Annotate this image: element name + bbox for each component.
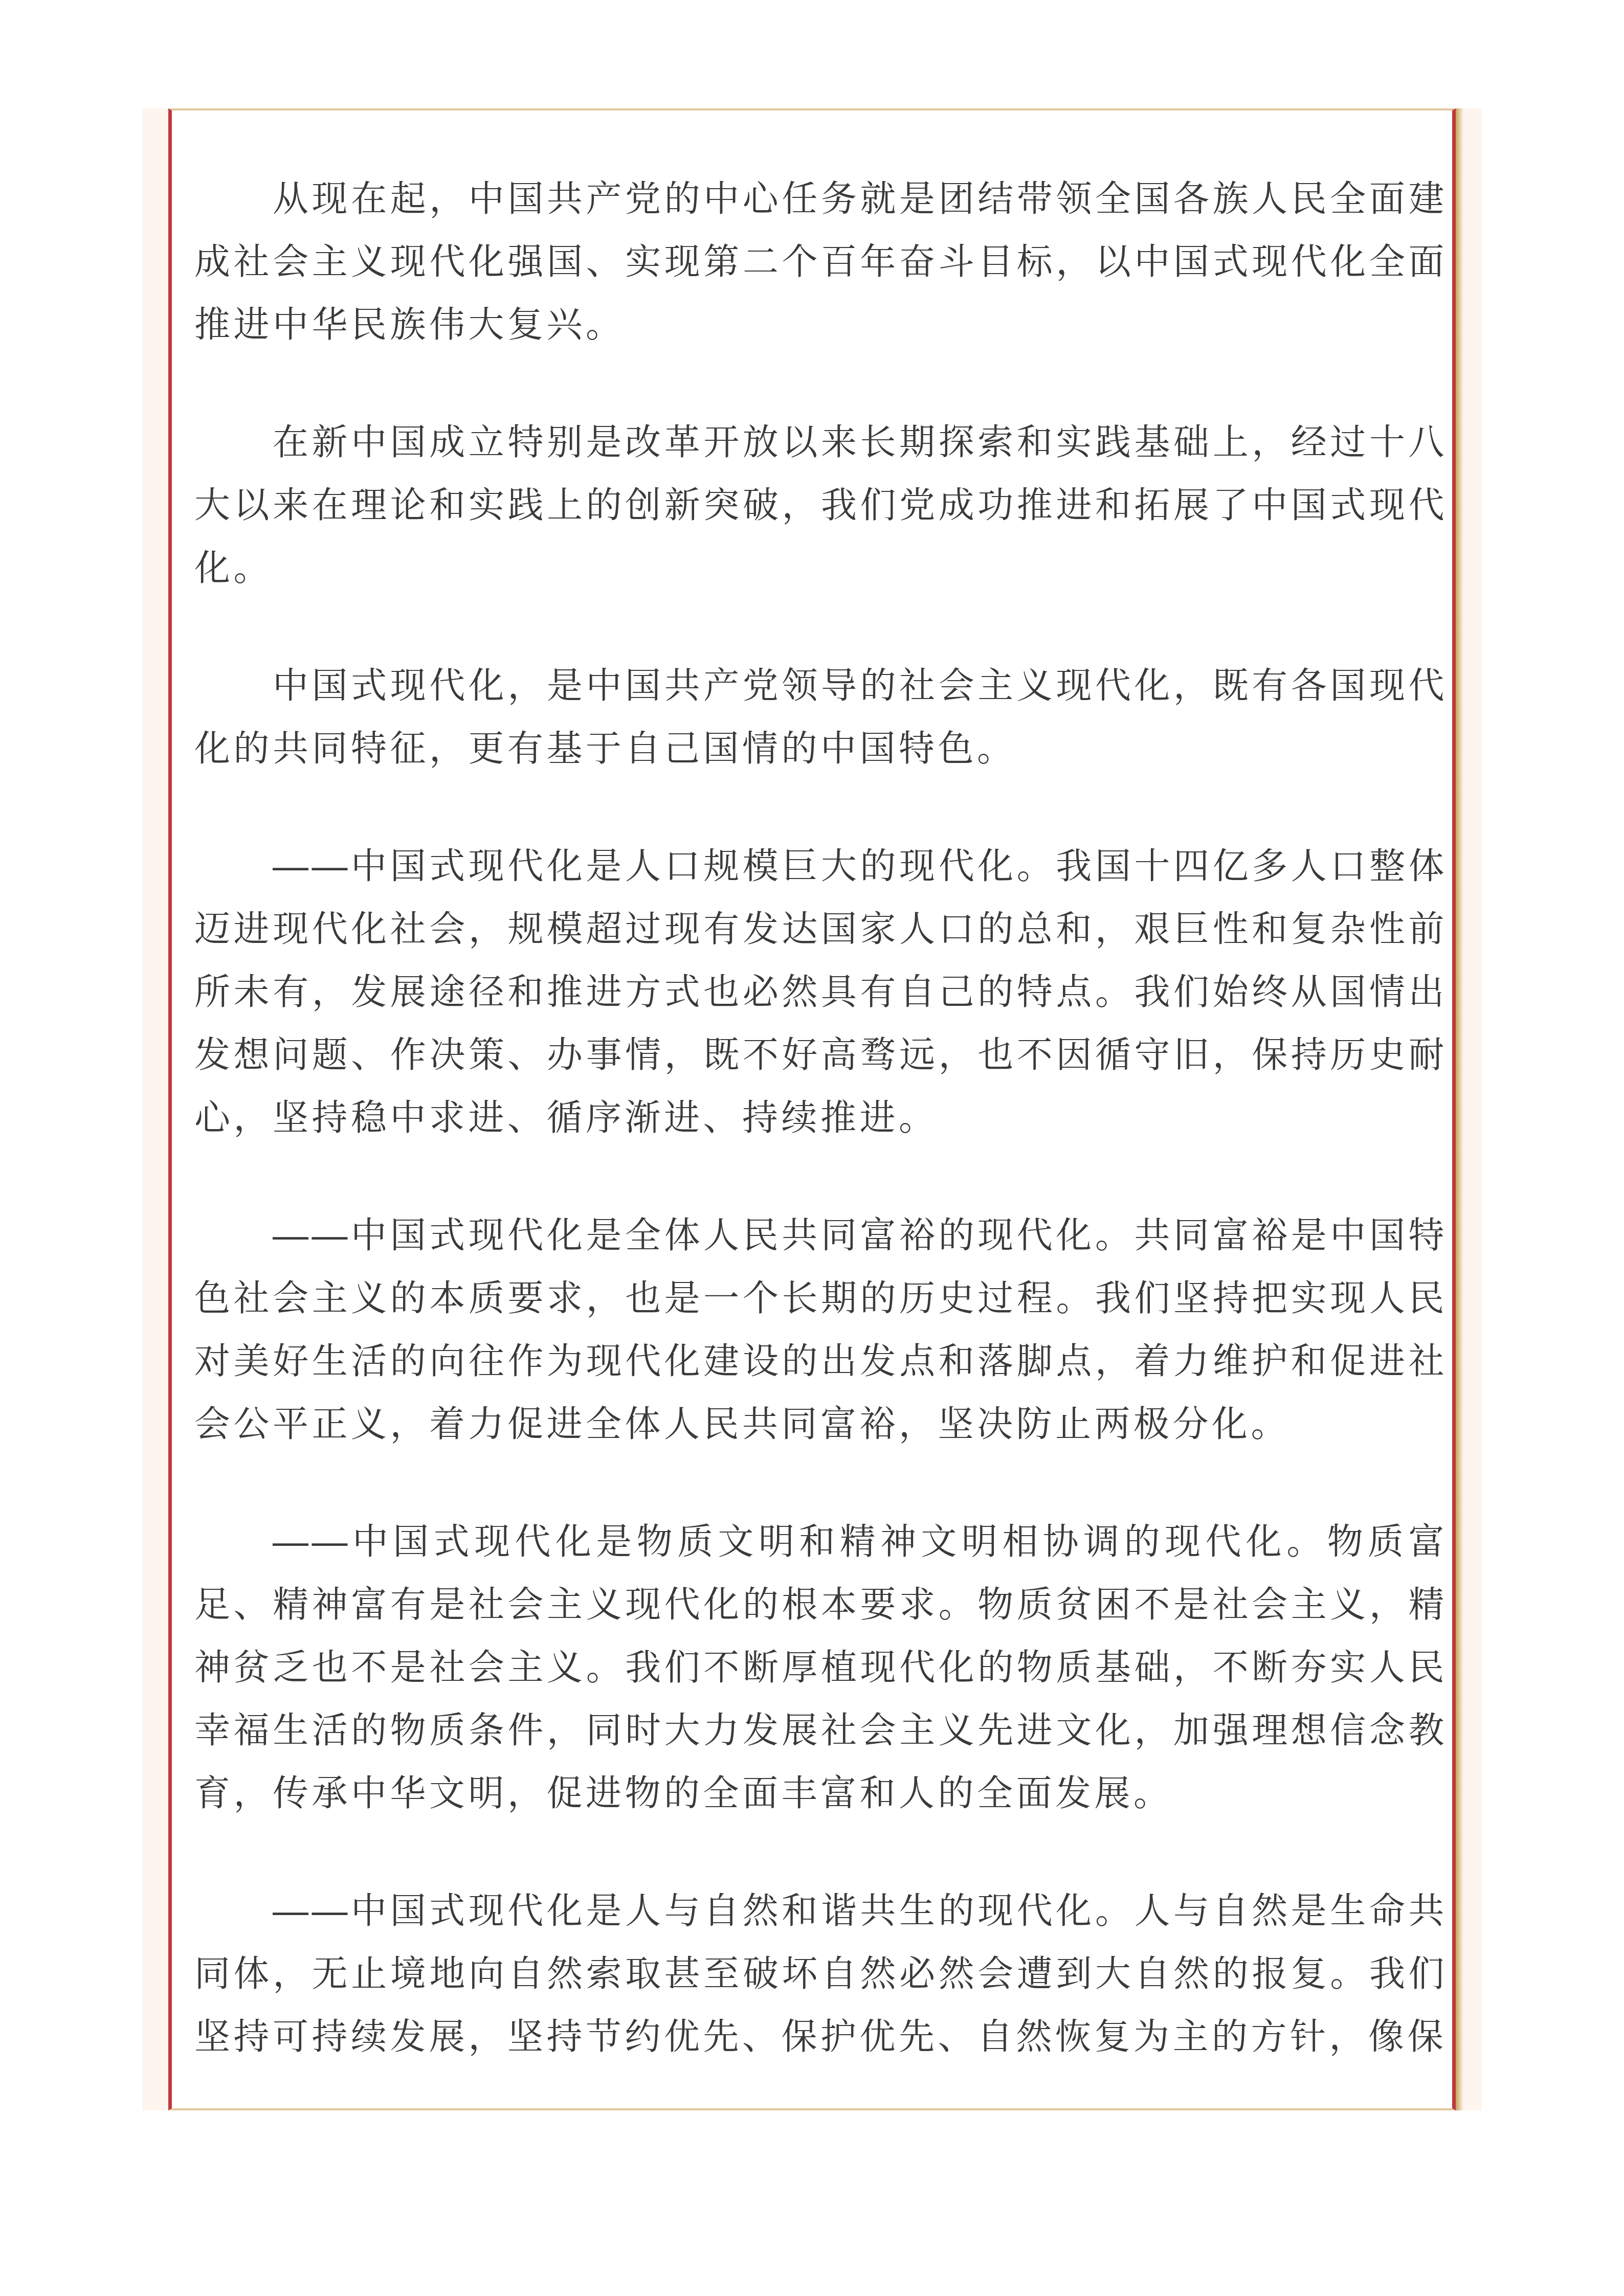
article-page: 从现在起，中国共产党的中心任务就是团结带领全国各族人民全面建成社会主义现代化强国… bbox=[0, 0, 1624, 2296]
article-frame: 从现在起，中国共产党的中心任务就是团结带领全国各族人民全面建成社会主义现代化强国… bbox=[142, 108, 1482, 2110]
paragraph: 中国式现代化，是中国共产党领导的社会主义现代化，既有各国现代化的共同特征，更有基… bbox=[194, 655, 1448, 780]
article-body: 从现在起，中国共产党的中心任务就是团结带领全国各族人民全面建成社会主义现代化强国… bbox=[172, 110, 1452, 2108]
article-card: 从现在起，中国共产党的中心任务就是团结带领全国各族人民全面建成社会主义现代化强国… bbox=[168, 108, 1456, 2110]
paragraph: ——中国式现代化是全体人民共同富裕的现代化。共同富裕是中国特色社会主义的本质要求… bbox=[194, 1204, 1448, 1456]
paragraph: ——中国式现代化是人口规模巨大的现代化。我国十四亿多人口整体迈进现代化社会，规模… bbox=[194, 835, 1448, 1150]
paragraph: 在新中国成立特别是改革开放以来长期探索和实践基础上，经过十八大以来在理论和实践上… bbox=[194, 411, 1448, 600]
gold-accent-strip bbox=[1455, 108, 1463, 2110]
paragraph: ——中国式现代化是人与自然和谐共生的现代化。人与自然是生命共同体，无止境地向自然… bbox=[194, 1880, 1448, 2068]
paragraph: ——中国式现代化是物质文明和精神文明相协调的现代化。物质富足、精神富有是社会主义… bbox=[194, 1511, 1448, 1825]
paragraph: 从现在起，中国共产党的中心任务就是团结带领全国各族人民全面建成社会主义现代化强国… bbox=[194, 168, 1448, 356]
